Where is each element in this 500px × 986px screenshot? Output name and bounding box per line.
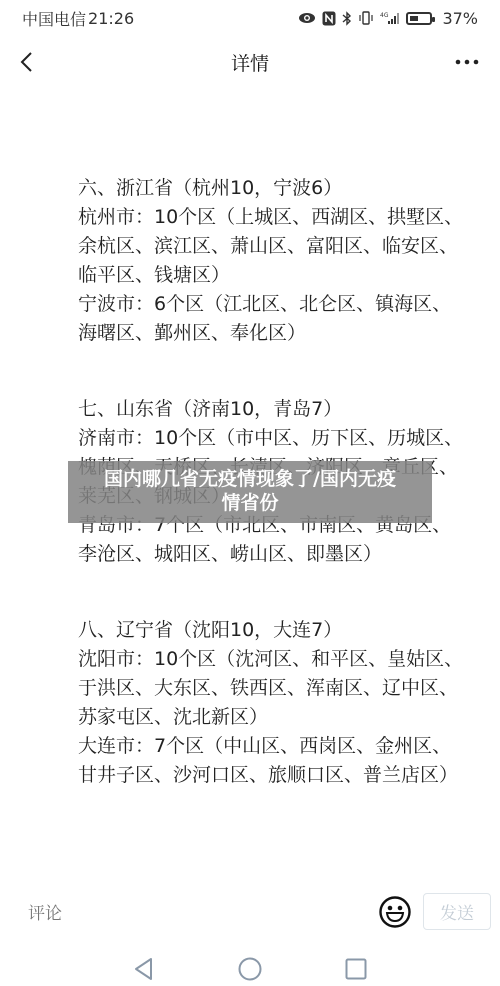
carrier-label: 中国电信 xyxy=(22,7,86,30)
text-line: 临平区、钱塘区） xyxy=(78,261,478,290)
text-line: 济南市：10个区（市中区、历下区、历城区、 xyxy=(78,424,478,453)
section-heading: 六、浙江省（杭州10，宁波6） xyxy=(78,174,478,203)
text-line: 杭州市：10个区（上城区、西湖区、拱墅区、 xyxy=(78,203,478,232)
more-options-button[interactable] xyxy=(452,48,482,76)
comment-bar: 发送 xyxy=(0,892,500,936)
text-line: 沈阳市：10个区（沈河区、和平区、皇姑区、 xyxy=(78,645,478,674)
triangle-back-icon xyxy=(131,956,157,982)
title-overlay-banner: 国内哪几省无疫情现象了/国内无疫 情省份 xyxy=(68,461,432,523)
system-back-button[interactable] xyxy=(131,956,157,982)
time-label: 21:26 xyxy=(88,9,134,28)
battery-icon xyxy=(406,12,432,25)
text-line: 海曙区、鄞州区、奉化区） xyxy=(78,319,478,348)
overlay-line-1: 国内哪几省无疫情现象了/国内无疫 xyxy=(68,467,432,491)
top-nav-bar: 详情 xyxy=(0,40,500,84)
bluetooth-icon xyxy=(342,11,352,26)
circle-home-icon xyxy=(237,956,263,982)
more-dots-icon xyxy=(455,59,479,65)
svg-text:4G: 4G xyxy=(380,12,389,19)
comment-input[interactable] xyxy=(28,900,328,928)
text-line: 甘井子区、沙河口区、旅顺口区、普兰店区） xyxy=(78,761,478,790)
battery-percent: 37% xyxy=(442,9,478,28)
smiley-icon xyxy=(378,895,412,929)
section-zhejiang: 六、浙江省（杭州10，宁波6） 杭州市：10个区（上城区、西湖区、拱墅区、 余杭… xyxy=(78,174,478,348)
section-liaoning: 八、辽宁省（沈阳10，大连7） 沈阳市：10个区（沈河区、和平区、皇姑区、 于洪… xyxy=(78,616,478,790)
4g-signal-icon: 4G xyxy=(380,11,400,25)
chevron-left-icon xyxy=(19,51,33,73)
text-line: 宁波市：6个区（江北区、北仑区、镇海区、 xyxy=(78,290,478,319)
status-bar: 中国电信 21:26 4G 37% xyxy=(0,0,500,36)
status-right: 4G 37% xyxy=(298,9,478,28)
overlay-line-2: 情省份 xyxy=(68,491,432,515)
page-title: 详情 xyxy=(231,49,269,76)
text-line: 大连市：7个区（中山区、西岗区、金州区、 xyxy=(78,732,478,761)
back-button[interactable] xyxy=(12,48,40,76)
text-line: 于洪区、大东区、铁西区、浑南区、辽中区、 xyxy=(78,674,478,703)
vibrate-icon xyxy=(358,11,374,25)
system-recents-button[interactable] xyxy=(343,956,369,982)
nfc-icon xyxy=(322,11,336,26)
square-recents-icon xyxy=(343,956,369,982)
text-line: 苏家屯区、沈北新区） xyxy=(78,703,478,732)
section-heading: 七、山东省（济南10，青岛7） xyxy=(78,395,478,424)
eye-icon xyxy=(298,12,316,24)
text-line: 余杭区、滨江区、萧山区、富阳区、临安区、 xyxy=(78,232,478,261)
send-button[interactable]: 发送 xyxy=(423,893,491,930)
emoji-button[interactable] xyxy=(378,895,412,929)
system-navigation-bar xyxy=(0,950,500,986)
text-line: 李沧区、城阳区、崂山区、即墨区） xyxy=(78,540,478,569)
section-heading: 八、辽宁省（沈阳10，大连7） xyxy=(78,616,478,645)
status-left: 中国电信 21:26 xyxy=(22,7,134,30)
system-home-button[interactable] xyxy=(237,956,263,982)
